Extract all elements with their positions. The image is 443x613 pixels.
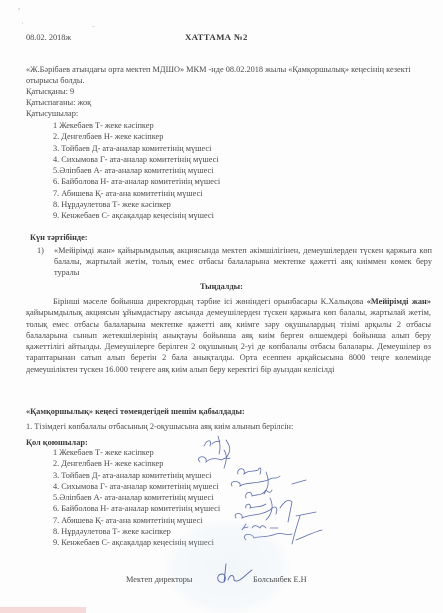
participant-item: 9. Кенжебаев С- ақсақалдар кеңесінің мүш… (53, 210, 220, 221)
decision-heading: «Қамқоршылық» кеңесі төмендегідей шешім … (26, 406, 245, 417)
heard-paragraph-part1: Бірінші мәселе бойынша директордың тәрби… (53, 297, 367, 306)
participants-label: Қатысушылар: (26, 108, 78, 119)
present-count: Қатысқаны: 9 (26, 86, 74, 97)
agenda-item-number: 1) (37, 245, 44, 256)
participant-item: 8. Нұрдәулетова Т- жеке кәсіпкер (53, 199, 220, 210)
participant-item: 5.Әліпбаев А- ата-аналар комитетінің мүш… (53, 165, 220, 176)
agenda-heading: Күн тәртібінде: (30, 232, 88, 243)
campaign-name: «Мейірімді жан» (367, 297, 431, 306)
director-signature (210, 562, 254, 588)
participant-item: 2. Денгелбаев Н- жеке кәсіпкер (53, 131, 220, 142)
decision-item: 1. Тізімдегі көпбалалы отбасының 2-оқушы… (26, 421, 293, 432)
participant-item: 7. Абишева Қ- ата-ана комитетінің мүшесі (53, 188, 220, 199)
absent-count: Қатыспағаны: жоқ (26, 97, 91, 108)
intro-paragraph: «Ж.Бәрібаев атындағы орта мектеп МДШО» М… (26, 64, 426, 86)
document-date: 08.02. 2018ж (26, 32, 71, 43)
participant-item: 4. Сихымова Г- ата-аналар комитетінің мү… (53, 154, 220, 165)
heard-paragraph-part2: қайырымдылық акциясын ұйымдастыру аясынд… (26, 308, 431, 373)
scan-speck (92, 26, 95, 27)
heard-heading: Тыңдалды: (200, 281, 243, 292)
director-name: Болсынбек Е.Н (253, 574, 307, 585)
scan-speck (22, 22, 23, 24)
agenda-item-text: «Мейірімді жан» қайырымдылық акциясында … (54, 245, 432, 279)
heard-paragraph: Бірінші мәселе бойынша директордың тәрби… (26, 296, 431, 375)
participants-list: 1 Жекебаев Т- жеке кәсіпкер 2. Денгелбае… (53, 120, 220, 222)
document-title: ХАТТАМА №2 (185, 32, 248, 43)
scanned-document-page: 08.02. 2018ж ХАТТАМА №2 «Ж.Бәрібаев атын… (0, 0, 443, 613)
participant-item: 3. Тойбаев Д- ата-аналар комитетінің мүш… (53, 143, 220, 154)
scan-speck (18, 8, 20, 10)
participant-item: 1 Жекебаев Т- жеке кәсіпкер (53, 120, 220, 131)
pink-scan-mark (0, 607, 86, 613)
participant-item: 6. Байболова Н- ата-аналар комитетінің м… (53, 176, 220, 187)
director-label: Мектеп директоры (126, 574, 193, 585)
